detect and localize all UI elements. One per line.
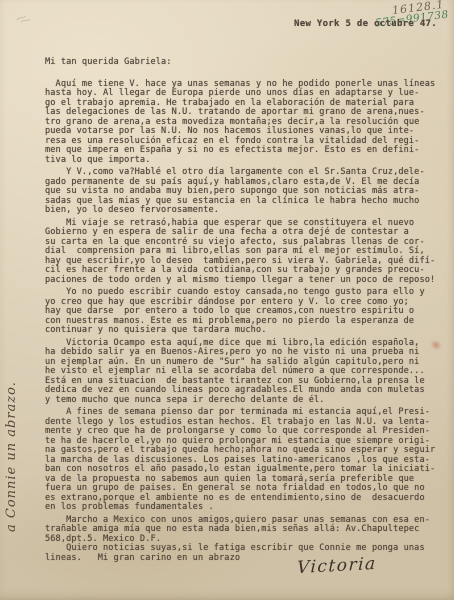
letter-paragraph-3: Mi viaje se retrasó,habia que esperar qu… (45, 219, 447, 286)
scanned-letter-page: { "document": { "archival_number": "1612… (0, 0, 454, 600)
letter-paragraph-5: Victoria Ocampo esta aquí,me dice que mi… (45, 339, 447, 406)
letter-paragraph-2: Y V.,como va?Hablé el otro día largament… (45, 168, 447, 216)
letter-paragraph-6: A fines de semana pienso dar por termina… (45, 408, 447, 513)
letter-paragraph-4: Yo no puedo escribir cuando estoy cansad… (45, 288, 447, 336)
margin-note-handwritten: a Connie un abrazo. (4, 277, 19, 532)
pencil-smudge-mark (15, 10, 37, 26)
dateline: New York 5 de octubre 47. (294, 20, 437, 30)
letter-paragraph-7: Marcho a Mexico con unos amigos,quiero p… (45, 516, 447, 564)
salutation: Mi tan querida Gabriela: (45, 58, 447, 68)
letter-body: Mi tan querida Gabriela: Aquí me tiene V… (45, 58, 447, 566)
signature-handwritten: Victoria (297, 554, 378, 578)
letter-paragraph-1: Aquí me tiene V. hace ya unas semanas y … (45, 80, 447, 166)
